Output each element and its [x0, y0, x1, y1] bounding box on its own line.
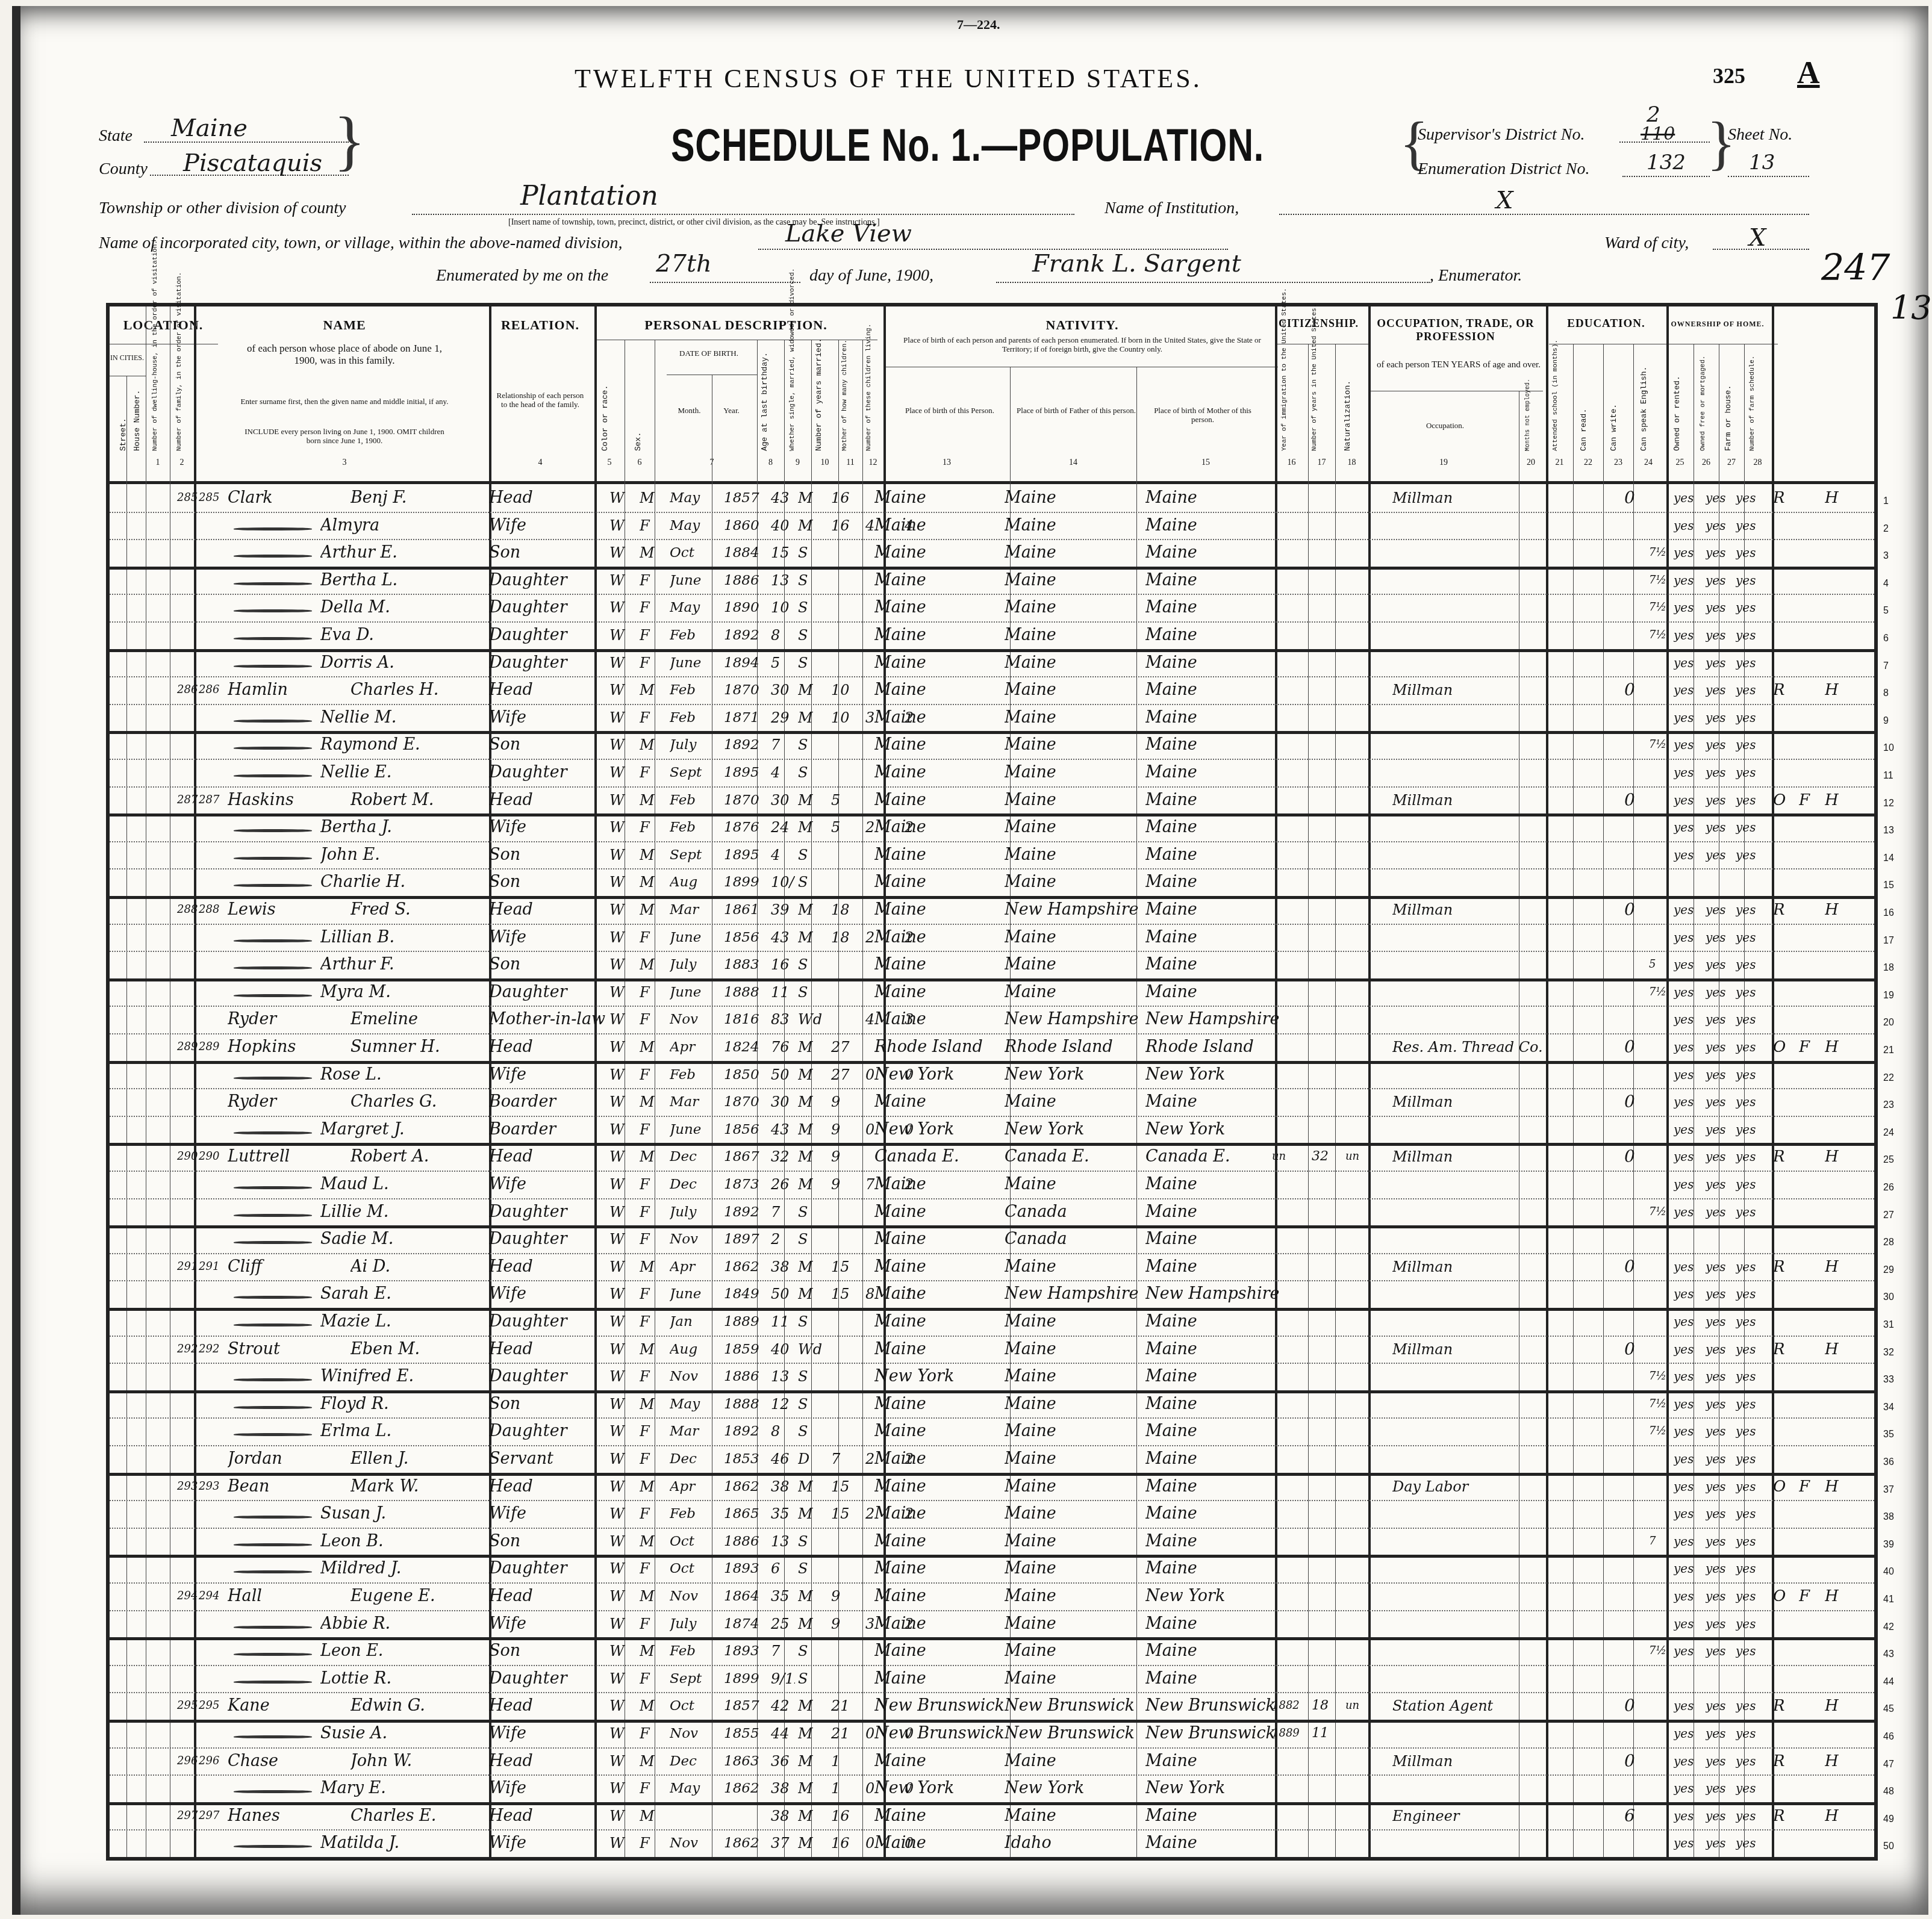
years-in-us: 32 [1312, 1145, 1342, 1168]
relation: Daughter [489, 1228, 615, 1251]
sex: F [640, 1008, 664, 1031]
vh-children-living: Number of these children living. [865, 349, 873, 451]
mother-birthplace: Maine [1145, 1613, 1281, 1635]
ditto-dash [228, 953, 348, 976]
years-married [831, 652, 856, 674]
mother-birthplace: Maine [1145, 981, 1281, 1004]
color: W [609, 652, 634, 674]
naturalization [1345, 1228, 1370, 1251]
can-write [1706, 1667, 1736, 1690]
vh-free: Owned free or mortgaged. [1700, 352, 1707, 451]
mother-birthplace: Maine [1145, 1090, 1281, 1113]
ditto-dash [228, 871, 348, 894]
mother-birthplace: Maine [1145, 679, 1281, 701]
mother-birthplace: Maine [1145, 624, 1281, 647]
can-speak-english: yes [1736, 981, 1766, 1004]
color: W [609, 981, 634, 1004]
can-read: yes [1674, 541, 1704, 564]
line-number: 29 [1883, 1259, 1894, 1282]
can-write: yes [1706, 487, 1736, 509]
marital-status: S [798, 1201, 822, 1224]
naturalization [1345, 1063, 1370, 1086]
age: 6 [771, 1557, 795, 1580]
marital-status: S [798, 733, 822, 756]
birth-month: Feb [670, 1063, 718, 1086]
owned-or-rented [1773, 1118, 1796, 1141]
years-married: 1 [831, 1777, 856, 1800]
age: 40 [771, 514, 795, 537]
line-number: 27 [1883, 1204, 1894, 1227]
dwelling-number [177, 1502, 201, 1525]
line-number: 22 [1883, 1067, 1894, 1090]
years-married: 15 [831, 1475, 856, 1498]
family-number [199, 1393, 224, 1416]
immigration-year [1272, 1173, 1309, 1196]
years-married [831, 1530, 856, 1553]
color: W [609, 1420, 634, 1443]
birthplace: Maine [874, 926, 1013, 949]
table-row: Lillian B. Wife W F June 1856 43 M 18 2 … [110, 924, 1874, 953]
can-speak-english: yes [1736, 1613, 1766, 1635]
can-speak-english: yes [1736, 1420, 1766, 1443]
owned-or-rented [1773, 1283, 1796, 1305]
color: W [609, 1090, 634, 1113]
years-married: 9 [831, 1145, 856, 1168]
ed-line [1622, 176, 1710, 177]
immigration-year [1272, 1805, 1309, 1827]
birth-month: Oct [670, 1557, 718, 1580]
birth-month: Mar [670, 1420, 718, 1443]
dwelling-number: 294 [177, 1585, 201, 1608]
free-or-mortgaged [1799, 1008, 1822, 1031]
father-birthplace: Maine [1005, 871, 1140, 894]
hline-occupation [1368, 391, 1543, 391]
occupation [1392, 1365, 1609, 1388]
colnum-21: 21 [1546, 458, 1573, 468]
can-speak-english: yes [1736, 761, 1766, 784]
occupation [1392, 1722, 1609, 1745]
birthplace: Maine [874, 679, 1013, 701]
birth-year: 1857 [724, 487, 766, 509]
dwelling-number [177, 1832, 201, 1855]
can-speak-english: yes [1736, 1393, 1766, 1416]
birth-month: Dec [670, 1145, 718, 1168]
immigration-year [1272, 514, 1309, 537]
can-speak-english: yes [1736, 1777, 1766, 1800]
years-in-us [1312, 871, 1342, 894]
ditto-dash [228, 1063, 348, 1086]
years-in-us [1312, 926, 1342, 949]
farm-or-house [1825, 624, 1848, 647]
color: W [609, 1557, 634, 1580]
table-row: Susie A. Wife W F Nov 1855 44 M 21 0 0 N… [110, 1720, 1874, 1749]
age: 38 [771, 1255, 795, 1278]
vh-farm: Farm or house. [1724, 352, 1733, 451]
ditto-dash [228, 1365, 348, 1388]
family-number: 286 [199, 679, 224, 701]
school-months [1649, 514, 1673, 537]
can-speak-english: yes [1736, 1310, 1766, 1333]
can-write: yes [1706, 1063, 1736, 1086]
free-or-mortgaged [1799, 844, 1822, 866]
months-unemployed [1624, 1777, 1648, 1800]
table-row: 296 296 Chase John W. Head W M Dec 1863 … [110, 1747, 1874, 1776]
table-row: 286 286 Hamlin Charles H. Head W M Feb 1… [110, 676, 1874, 705]
can-write: yes [1706, 1530, 1736, 1553]
can-speak-english: yes [1736, 541, 1766, 564]
father-birthplace: Maine [1005, 487, 1140, 509]
farm-or-house [1825, 981, 1848, 1004]
can-speak-english: yes [1736, 733, 1766, 756]
can-read: yes [1674, 1036, 1704, 1059]
free-or-mortgaged [1799, 1228, 1822, 1251]
age: 37 [771, 1832, 795, 1855]
birthplace: Maine [874, 1613, 1013, 1635]
birth-month: Feb [670, 679, 718, 701]
mother-birthplace: Rhode Island [1145, 1036, 1281, 1059]
line-number: 25 [1883, 1149, 1894, 1172]
years-in-us [1312, 1420, 1342, 1443]
population-table: LOCATION. IN CITIES. NAME of each person… [106, 303, 1878, 1861]
sex: F [640, 1448, 664, 1470]
farm-or-house [1825, 541, 1848, 564]
colnum-28: 28 [1744, 458, 1771, 468]
mother-birthplace: Maine [1145, 1475, 1281, 1498]
years-in-us [1312, 1530, 1342, 1553]
months-unemployed [1624, 926, 1648, 949]
immigration-year [1272, 1750, 1309, 1773]
age: 36 [771, 1750, 795, 1773]
years-in-us [1312, 1090, 1342, 1113]
farm-or-house: H [1825, 679, 1848, 701]
line-number: 41 [1883, 1588, 1894, 1611]
months-unemployed [1624, 541, 1648, 564]
sex: M [640, 789, 664, 812]
birthplace: Maine [874, 624, 1013, 647]
immigration-year [1272, 652, 1309, 674]
years-married: 18 [831, 898, 856, 921]
dwelling-number [177, 981, 201, 1004]
owned-or-rented [1773, 1667, 1796, 1690]
age: 7 [771, 733, 795, 756]
owned-or-rented [1773, 1008, 1796, 1031]
years-in-us [1312, 1036, 1342, 1059]
age: 7 [771, 1201, 795, 1224]
dwelling-number [177, 733, 201, 756]
mother-birthplace: Maine [1145, 1338, 1281, 1361]
can-read: yes [1674, 1310, 1704, 1333]
occupation [1392, 1832, 1609, 1855]
family-number [199, 1613, 224, 1635]
page-letter: A [1797, 55, 1820, 91]
naturalization [1345, 706, 1370, 729]
can-speak-english: yes [1736, 624, 1766, 647]
immigration-year [1272, 679, 1309, 701]
city-value: Lake View [785, 220, 912, 247]
years-married [831, 624, 856, 647]
birth-year: 1895 [724, 844, 766, 866]
can-speak-english: yes [1736, 679, 1766, 701]
naturalization [1345, 1173, 1370, 1196]
owned-or-rented [1773, 953, 1796, 976]
birth-month: Aug [670, 1338, 718, 1361]
marital-status: M [798, 487, 822, 509]
immigration-year [1272, 1255, 1309, 1278]
birth-month: June [670, 652, 718, 674]
table-row: Bertha L. Daughter W F June 1886 13 S Ma… [110, 567, 1874, 596]
sex: F [640, 706, 664, 729]
relation: Head [489, 1805, 615, 1827]
color: W [609, 871, 634, 894]
farm-or-house [1825, 1201, 1848, 1224]
can-write: yes [1706, 1393, 1736, 1416]
farm-or-house [1825, 569, 1848, 592]
years-in-us [1312, 1338, 1342, 1361]
years-married [831, 1667, 856, 1690]
school-months [1649, 926, 1673, 949]
can-read: yes [1674, 761, 1704, 784]
father-birthplace: New York [1005, 1063, 1140, 1086]
can-write: yes [1706, 1255, 1736, 1278]
vh-family: Number of family, in the order of visita… [176, 349, 183, 451]
years-married: 27 [831, 1063, 856, 1086]
header-name-note2: INCLUDE every person living on June 1, 1… [239, 427, 450, 445]
occupation: Millman [1392, 898, 1609, 921]
color: W [609, 1338, 634, 1361]
years-in-us [1312, 898, 1342, 921]
relation: Head [489, 1255, 615, 1278]
dwelling-number: 293 [177, 1475, 201, 1498]
dwelling-number: 292 [177, 1338, 201, 1361]
occupation: Millman [1392, 1145, 1609, 1168]
family-number [199, 1228, 224, 1251]
naturalization [1345, 1585, 1370, 1608]
family-number [199, 953, 224, 976]
naturalization [1345, 1475, 1370, 1498]
can-read: yes [1674, 1557, 1704, 1580]
family-number [199, 1201, 224, 1224]
relation: Son [489, 953, 615, 976]
marital-status: S [798, 652, 822, 674]
free-or-mortgaged [1799, 1805, 1822, 1827]
table-row: Susan J. Wife W F Feb 1865 35 M 15 2 2 M… [110, 1500, 1874, 1529]
institution-value: X [1496, 187, 1513, 214]
farm-or-house [1825, 1118, 1848, 1141]
birth-year: 1893 [724, 1557, 766, 1580]
family-number: 291 [199, 1255, 224, 1278]
farm-or-house [1825, 652, 1848, 674]
birth-month: Nov [670, 1585, 718, 1608]
can-read: yes [1674, 898, 1704, 921]
can-read: yes [1674, 733, 1704, 756]
color: W [609, 1502, 634, 1525]
farm-or-house: H [1825, 1338, 1848, 1361]
owned-or-rented: R [1773, 679, 1796, 701]
ditto-dash [228, 1228, 348, 1251]
family-number [199, 1063, 224, 1086]
school-months: 7½ [1649, 1365, 1673, 1388]
school-months [1649, 816, 1673, 839]
father-birthplace: Maine [1005, 1667, 1140, 1690]
marital-status: S [798, 1228, 822, 1251]
naturalization [1345, 1255, 1370, 1278]
institution-line [1279, 214, 1809, 215]
birth-year: 1870 [724, 679, 766, 701]
vh-color: Color or race. [600, 367, 609, 451]
occupation: Millman [1392, 789, 1609, 812]
years-married [831, 1640, 856, 1662]
birthplace: Maine [874, 1420, 1013, 1443]
school-months [1649, 1585, 1673, 1608]
years-married [831, 1338, 856, 1361]
free-or-mortgaged: F [1799, 1585, 1822, 1608]
can-write: yes [1706, 1090, 1736, 1113]
owned-or-rented [1773, 1228, 1796, 1251]
color: W [609, 596, 634, 619]
years-married: 10 [831, 679, 856, 701]
birth-year: 1850 [724, 1063, 766, 1086]
age: 16 [771, 953, 795, 976]
occupation: Millman [1392, 1090, 1609, 1113]
birth-month: Feb [670, 816, 718, 839]
school-months [1649, 1063, 1673, 1086]
ditto-dash [228, 596, 348, 619]
birth-month: Jan [670, 1310, 718, 1333]
father-birthplace: Maine [1005, 789, 1140, 812]
farm-or-house: H [1825, 1585, 1848, 1608]
line-number: 50 [1883, 1835, 1894, 1858]
can-speak-english: yes [1736, 569, 1766, 592]
birth-year: 1862 [724, 1777, 766, 1800]
can-read: yes [1674, 624, 1704, 647]
school-months [1649, 1613, 1673, 1635]
occupation [1392, 624, 1609, 647]
free-or-mortgaged [1799, 1502, 1822, 1525]
months-unemployed: 0 [1624, 1750, 1648, 1773]
father-birthplace: New Hampshire [1005, 1008, 1140, 1031]
immigration-year [1272, 1585, 1309, 1608]
birth-month: July [670, 1201, 718, 1224]
naturalization [1345, 1283, 1370, 1305]
years-married: 16 [831, 1832, 856, 1855]
birth-year: 1876 [724, 816, 766, 839]
years-in-us [1312, 1393, 1342, 1416]
owned-or-rented [1773, 1832, 1796, 1855]
ditto-dash [228, 1613, 348, 1635]
relation: Daughter [489, 761, 615, 784]
occupation [1392, 1283, 1609, 1305]
father-birthplace: New York [1005, 1118, 1140, 1141]
naturalization [1345, 1805, 1370, 1827]
table-row: Almyra Wife W F May 1860 40 M 16 4 4 Mai… [110, 512, 1874, 541]
immigration-year [1272, 789, 1309, 812]
owned-or-rented [1773, 1502, 1796, 1525]
sex: M [640, 487, 664, 509]
naturalization [1345, 1613, 1370, 1635]
can-read [1674, 871, 1704, 894]
dwelling-number [177, 1667, 201, 1690]
table-row: 291 291 Cliff Ai D. Head W M Apr 1862 38… [110, 1253, 1874, 1282]
birthplace: Maine [874, 1283, 1013, 1305]
birthplace: Maine [874, 1008, 1013, 1031]
family-number [199, 652, 224, 674]
school-months [1649, 1310, 1673, 1333]
owned-or-rented: O [1773, 1585, 1796, 1608]
sex: F [640, 1832, 664, 1855]
header-occupation-sub: Occupation. [1371, 421, 1519, 430]
birth-year: 1886 [724, 1530, 766, 1553]
line-number: 38 [1883, 1506, 1894, 1529]
color: W [609, 1310, 634, 1333]
farm-or-house: H [1825, 1036, 1848, 1059]
family-number [199, 1310, 224, 1333]
years-married: 21 [831, 1722, 856, 1745]
line-number: 2 [1883, 518, 1889, 541]
color: W [609, 514, 634, 537]
birthplace: Maine [874, 569, 1013, 592]
header-date-of-birth: DATE OF BIRTH. [667, 349, 751, 358]
immigration-year [1272, 816, 1309, 839]
can-read [1674, 1228, 1704, 1251]
marital-status: M [798, 1255, 822, 1278]
age: 46 [771, 1448, 795, 1470]
colnum-14: 14 [1010, 458, 1136, 468]
color: W [609, 706, 634, 729]
table-row: Dorris A. Daughter W F June 1894 5 S Mai… [110, 649, 1874, 678]
years-married [831, 1008, 856, 1031]
farm-or-house [1825, 1557, 1848, 1580]
township-value: Plantation [520, 181, 658, 211]
mother-birthplace: Maine [1145, 926, 1281, 949]
immigration-year [1272, 1365, 1309, 1388]
mother-birthplace: Maine [1145, 1557, 1281, 1580]
can-write: yes [1706, 816, 1736, 839]
color: W [609, 1145, 634, 1168]
header-location: LOCATION. [110, 317, 217, 333]
naturalization [1345, 1365, 1370, 1388]
color: W [609, 816, 634, 839]
dwelling-number [177, 1118, 201, 1141]
birth-year: 1899 [724, 1667, 766, 1690]
years-in-us [1312, 844, 1342, 866]
father-birthplace: Maine [1005, 1420, 1140, 1443]
color: W [609, 1036, 634, 1059]
surname: Clark [228, 487, 360, 509]
free-or-mortgaged [1799, 487, 1822, 509]
relation: Head [489, 679, 615, 701]
line-number: 7 [1883, 655, 1889, 678]
years-married: 9 [831, 1173, 856, 1196]
immigration-year [1272, 1530, 1309, 1553]
can-speak-english: yes [1736, 1557, 1766, 1580]
mother-birthplace: Maine [1145, 1255, 1281, 1278]
years-married [831, 1557, 856, 1580]
table-row: Abbie R. Wife W F July 1874 25 M 9 3 2 M… [110, 1610, 1874, 1641]
years-married [831, 1420, 856, 1443]
table-header: LOCATION. IN CITIES. NAME of each person… [110, 306, 1874, 484]
family-number: 289 [199, 1036, 224, 1059]
birthplace: Maine [874, 981, 1013, 1004]
color: W [609, 1530, 634, 1553]
birth-month: May [670, 514, 718, 537]
colnum-26: 26 [1694, 458, 1719, 468]
marital-status: D [798, 1448, 822, 1470]
sheet-value: 13 [1749, 151, 1775, 175]
colnum-15: 15 [1136, 458, 1275, 468]
mother-birthplace: New York [1145, 1777, 1281, 1800]
occupation [1392, 706, 1609, 729]
immigration-year [1272, 1667, 1309, 1690]
